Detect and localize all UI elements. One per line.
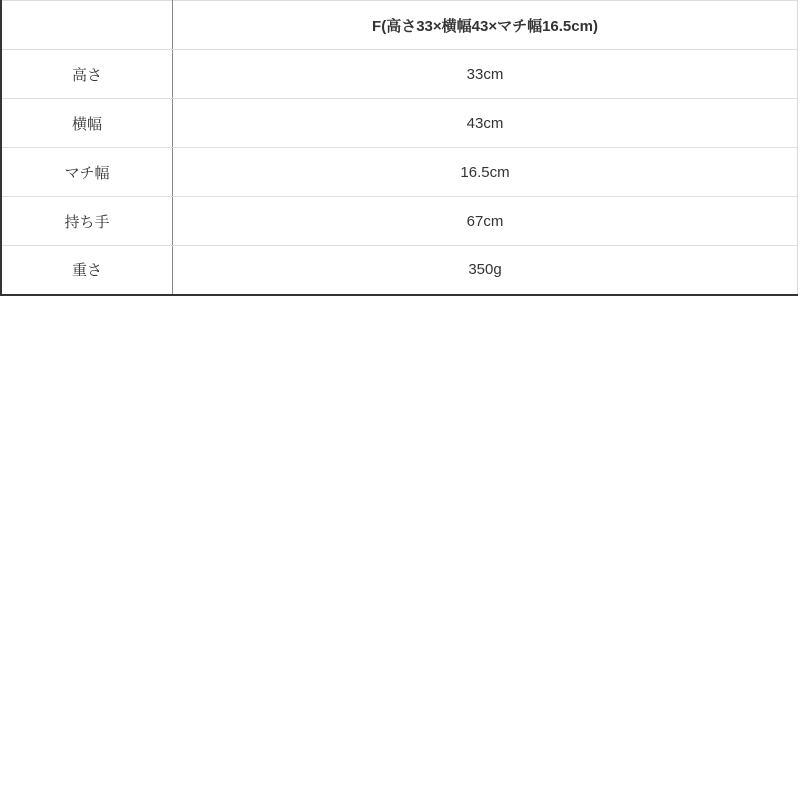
table-row-handle: 持ち手 67cm: [1, 197, 798, 246]
row-label-width: 横幅: [1, 99, 173, 148]
table-row-gusset: マチ幅 16.5cm: [1, 148, 798, 197]
table-row-height: 高さ 33cm: [1, 50, 798, 99]
row-value-weight: 350g: [173, 246, 798, 295]
row-value-gusset: 16.5cm: [173, 148, 798, 197]
row-label-gusset: マチ幅: [1, 148, 173, 197]
table-row-weight: 重さ 350g: [1, 246, 798, 295]
row-label-height: 高さ: [1, 50, 173, 99]
header-size-f: F(高さ33×横幅43×マチ幅16.5cm): [173, 1, 798, 50]
header-corner-cell: [1, 1, 173, 50]
row-value-handle: 67cm: [173, 197, 798, 246]
table-row-width: 横幅 43cm: [1, 99, 798, 148]
row-label-weight: 重さ: [1, 246, 173, 295]
table-header-row: F(高さ33×横幅43×マチ幅16.5cm): [1, 1, 798, 50]
row-value-height: 33cm: [173, 50, 798, 99]
size-spec-table: F(高さ33×横幅43×マチ幅16.5cm) 高さ 33cm 横幅 43cm マ…: [0, 0, 798, 296]
row-value-width: 43cm: [173, 99, 798, 148]
row-label-handle: 持ち手: [1, 197, 173, 246]
